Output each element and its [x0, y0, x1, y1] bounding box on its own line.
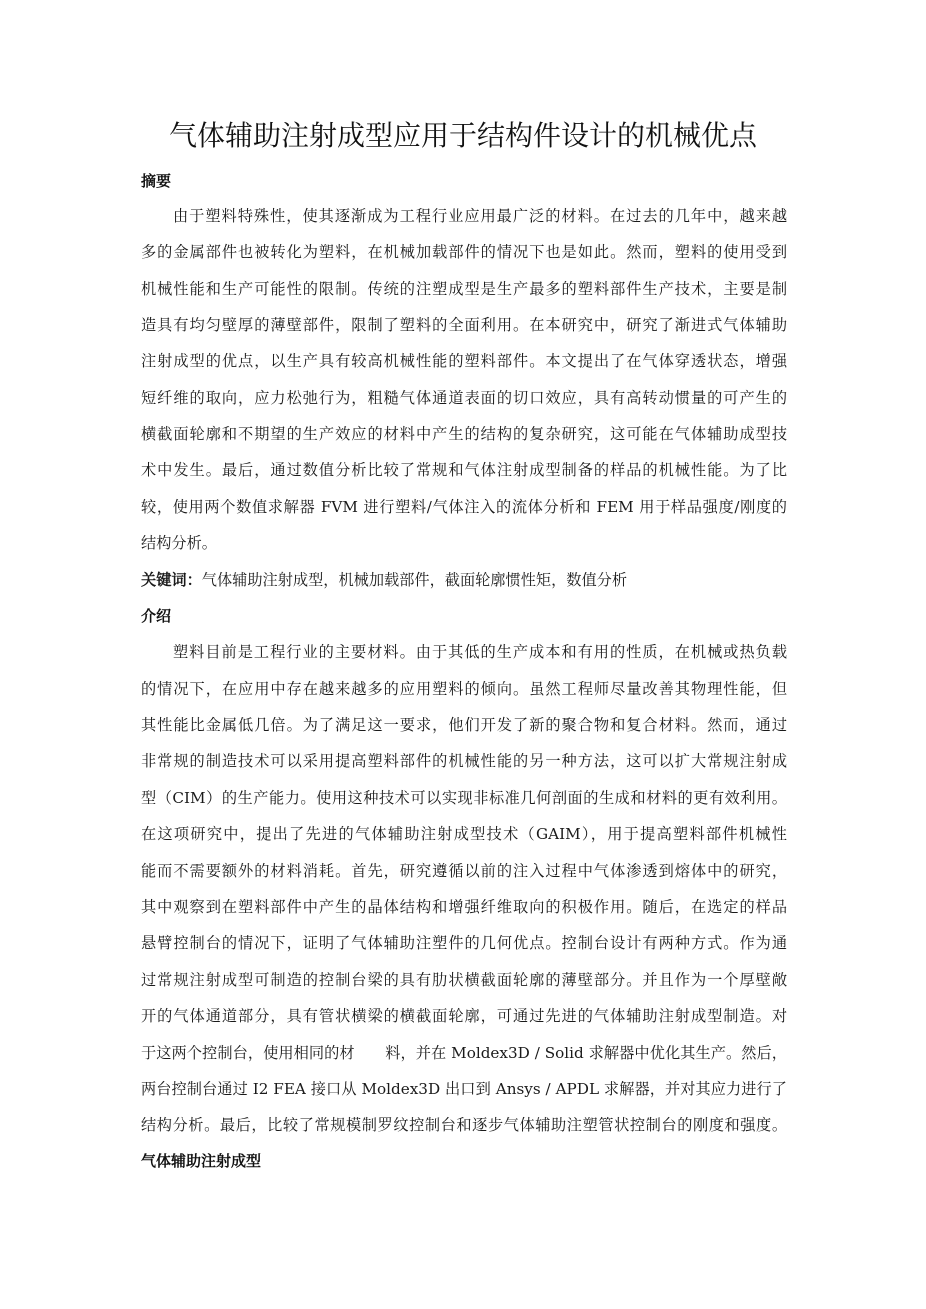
keywords-text: 气体辅助注射成型，机械加载部件，截面轮廓惯性矩，数值分析 [202, 571, 627, 589]
document-page: 气体辅助注射成型应用于结构件设计的机械优点 摘要 由于塑料特殊性，使其逐渐成为工… [0, 0, 926, 1309]
introduction-line: 悬臂控制台的情况下，证明了气体辅助注塑件的几何优点。控制台设计有两种方式。作为通 [141, 933, 787, 953]
introduction-line: 过常规注射成型可制造的控制台梁的具有肋状横截面轮廓的薄壁部分。并且作为一个厚壁敞 [141, 970, 787, 990]
keywords-label: 关键词： [141, 571, 202, 589]
abstract-line: 由于塑料特殊性，使其逐渐成为工程行业应用最广泛的材料。在过去的几年中，越来越 [173, 206, 787, 226]
introduction-line: 在这项研究中，提出了先进的气体辅助注射成型技术（GAIM），用于提高塑料部件机械… [141, 824, 787, 844]
introduction-line: 的情况下，在应用中存在越来越多的应用塑料的倾向。虽然工程师尽量改善其物理性能，但 [141, 679, 787, 699]
introduction-line: 塑料目前是工程行业的主要材料。由于其低的生产成本和有用的性质，在机械或热负载 [173, 642, 787, 662]
introduction-line: 其中观察到在塑料部件中产生的晶体结构和增强纤维取向的积极作用。随后，在选定的样品 [141, 897, 787, 917]
abstract-line: 注射成型的优点，以生产具有较高机械性能的塑料部件。本文提出了在气体穿透状态，增强 [141, 351, 787, 371]
abstract-line: 机械性能和生产可能性的限制。传统的注塑成型是生产最多的塑料部件生产技术，主要是制 [141, 279, 787, 299]
abstract-line: 结构分析。 [141, 533, 787, 553]
introduction-line: 开的气体通道部分，具有管状横梁的横截面轮廓，可通过先进的气体辅助注射成型制造。对 [141, 1006, 787, 1026]
abstract-line: 多的金属部件也被转化为塑料，在机械加载部件的情况下也是如此。然而，塑料的使用受到 [141, 242, 787, 262]
abstract-line: 横截面轮廓和不期望的生产效应的材料中产生的结构的复杂研究，这可能在气体辅助成型技 [141, 424, 787, 444]
introduction-line: 于这两个控制台，使用相同的材 料，并在 Moldex3D / Solid 求解器… [141, 1043, 787, 1063]
introduction-line: 能而不需要额外的材料消耗。首先，研究遵循以前的注入过程中气体渗透到熔体中的研究， [141, 861, 787, 881]
document-title: 气体辅助注射成型应用于结构件设计的机械优点 [0, 118, 926, 154]
gaim-section-heading: 气体辅助注射成型 [141, 1151, 261, 1171]
introduction-line: 结构分析。最后，比较了常规模制罗纹控制台和逐步气体辅助注塑管状控制台的刚度和强度… [141, 1115, 787, 1135]
introduction-heading: 介绍 [141, 606, 171, 626]
introduction-line: 两台控制台通过 I2 FEA 接口从 Moldex3D 出口到 Ansys / … [141, 1079, 787, 1099]
introduction-line: 型（CIM）的生产能力。使用这种技术可以实现非标准几何剖面的生成和材料的更有效利… [141, 788, 787, 808]
keywords-line: 关键词：气体辅助注射成型，机械加载部件，截面轮廓惯性矩，数值分析 [141, 570, 787, 590]
abstract-line: 短纤维的取向，应力松弛行为，粗糙气体通道表面的切口效应，具有高转动惯量的可产生的 [141, 388, 787, 408]
abstract-line: 较，使用两个数值求解器 FVM 进行塑料/气体注入的流体分析和 FEM 用于样品… [141, 497, 787, 517]
introduction-line: 其性能比金属低几倍。为了满足这一要求，他们开发了新的聚合物和复合材料。然而，通过 [141, 715, 787, 735]
introduction-line: 非常规的制造技术可以采用提高塑料部件的机械性能的另一种方法，这可以扩大常规注射成 [141, 751, 787, 771]
abstract-line: 术中发生。最后，通过数值分析比较了常规和气体注射成型制备的样品的机械性能。为了比 [141, 460, 787, 480]
abstract-line: 造具有均匀壁厚的薄壁部件，限制了塑料的全面利用。在本研究中，研究了渐进式气体辅助 [141, 315, 787, 335]
abstract-heading: 摘要 [141, 171, 171, 191]
